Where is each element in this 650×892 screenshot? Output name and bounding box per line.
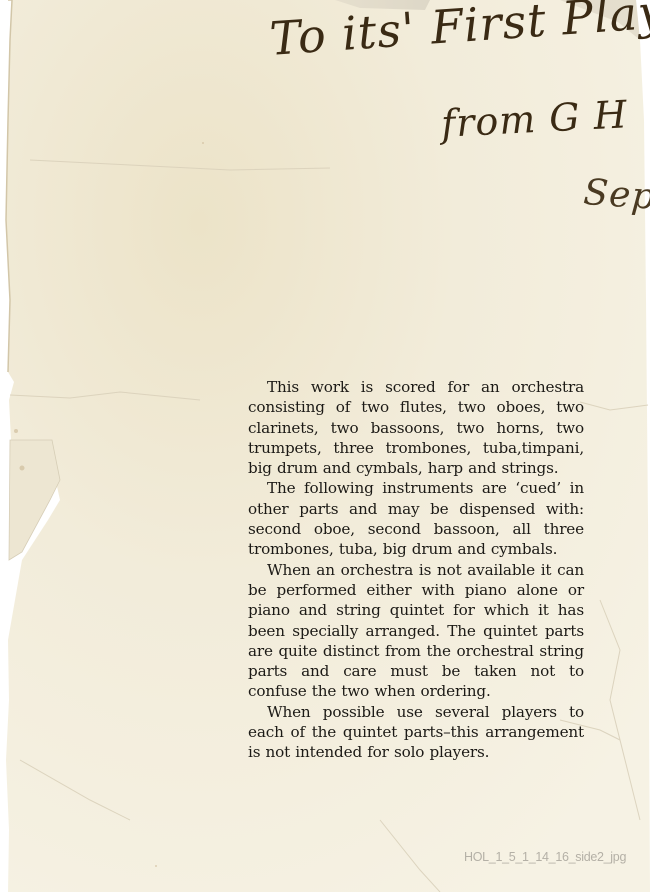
filename-watermark: HOL_1_5_1_14_16_side2_jpg xyxy=(464,850,644,865)
paragraph-orchestration: This work is scored for an orchestra con… xyxy=(248,377,584,478)
printed-instrumentation-note: This work is scored for an orchestra con… xyxy=(248,377,584,763)
handwritten-date-line: Sep xyxy=(582,172,650,218)
paragraph-quintet-players: When possible use several players to eac… xyxy=(248,702,584,763)
scanned-page: To its' First Player from G H Sep This w… xyxy=(0,0,650,892)
paragraph-cued-instruments: The following instruments are ‘cued’ in … xyxy=(248,478,584,559)
paragraph-alternative-arrangement: When an orchestra is not available it ca… xyxy=(248,560,584,702)
